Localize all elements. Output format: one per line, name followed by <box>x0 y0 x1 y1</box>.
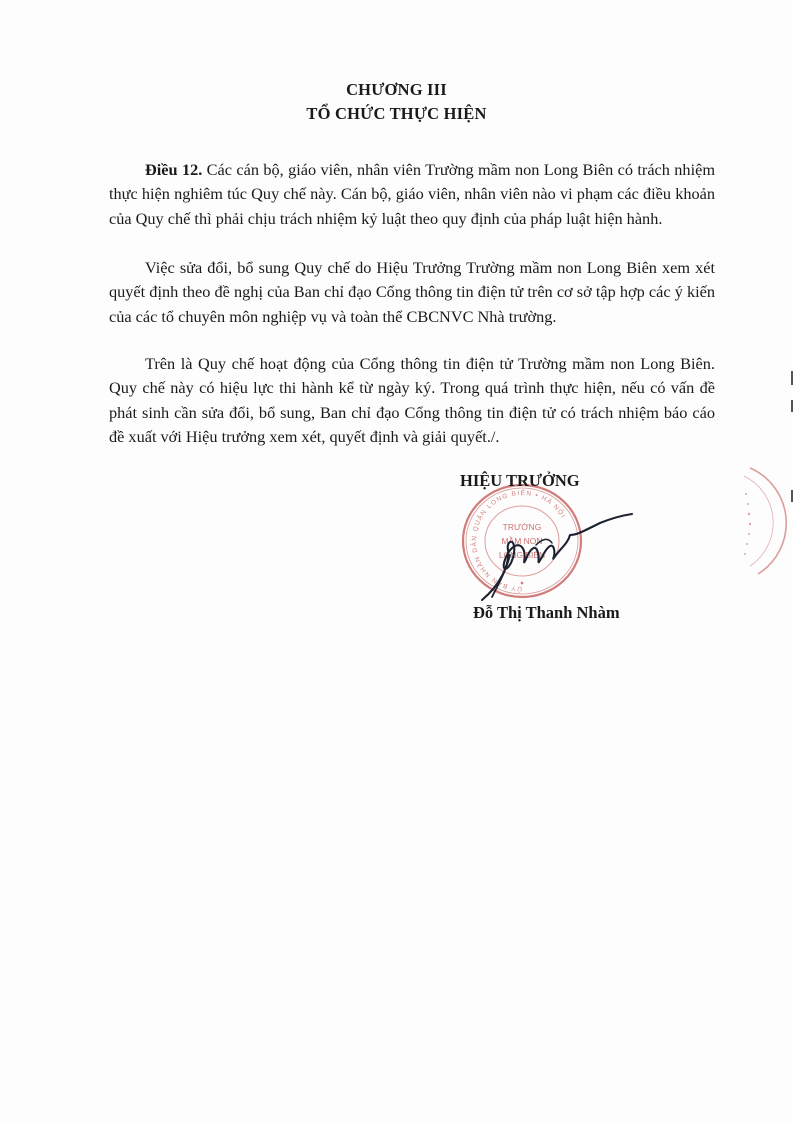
amendment-paragraph: Việc sửa đổi, bổ sung Quy chế do Hiệu Tr… <box>109 256 715 329</box>
signer-title: HIỆU TRƯỞNG <box>460 471 580 491</box>
handwritten-signature <box>480 505 640 605</box>
chapter-title: TỔ CHỨC THỰC HIỆN <box>0 104 793 124</box>
article-12-paragraph: Điều 12. Các cán bộ, giáo viên, nhân viê… <box>109 158 715 231</box>
signer-name: Đỗ Thị Thanh Nhàm <box>473 603 620 623</box>
adjacent-page-stamp-fragment <box>740 462 793 582</box>
effective-paragraph: Trên là Quy chế hoạt động của Cổng thông… <box>109 352 715 449</box>
partial-stamp-icon <box>740 462 793 582</box>
article-label: Điều 12. <box>145 160 202 179</box>
chapter-number: CHƯƠNG III <box>0 80 793 100</box>
signature-icon <box>480 505 640 605</box>
document-page: CHƯƠNG III TỔ CHỨC THỰC HIỆN Điều 12. Cá… <box>0 0 793 1124</box>
